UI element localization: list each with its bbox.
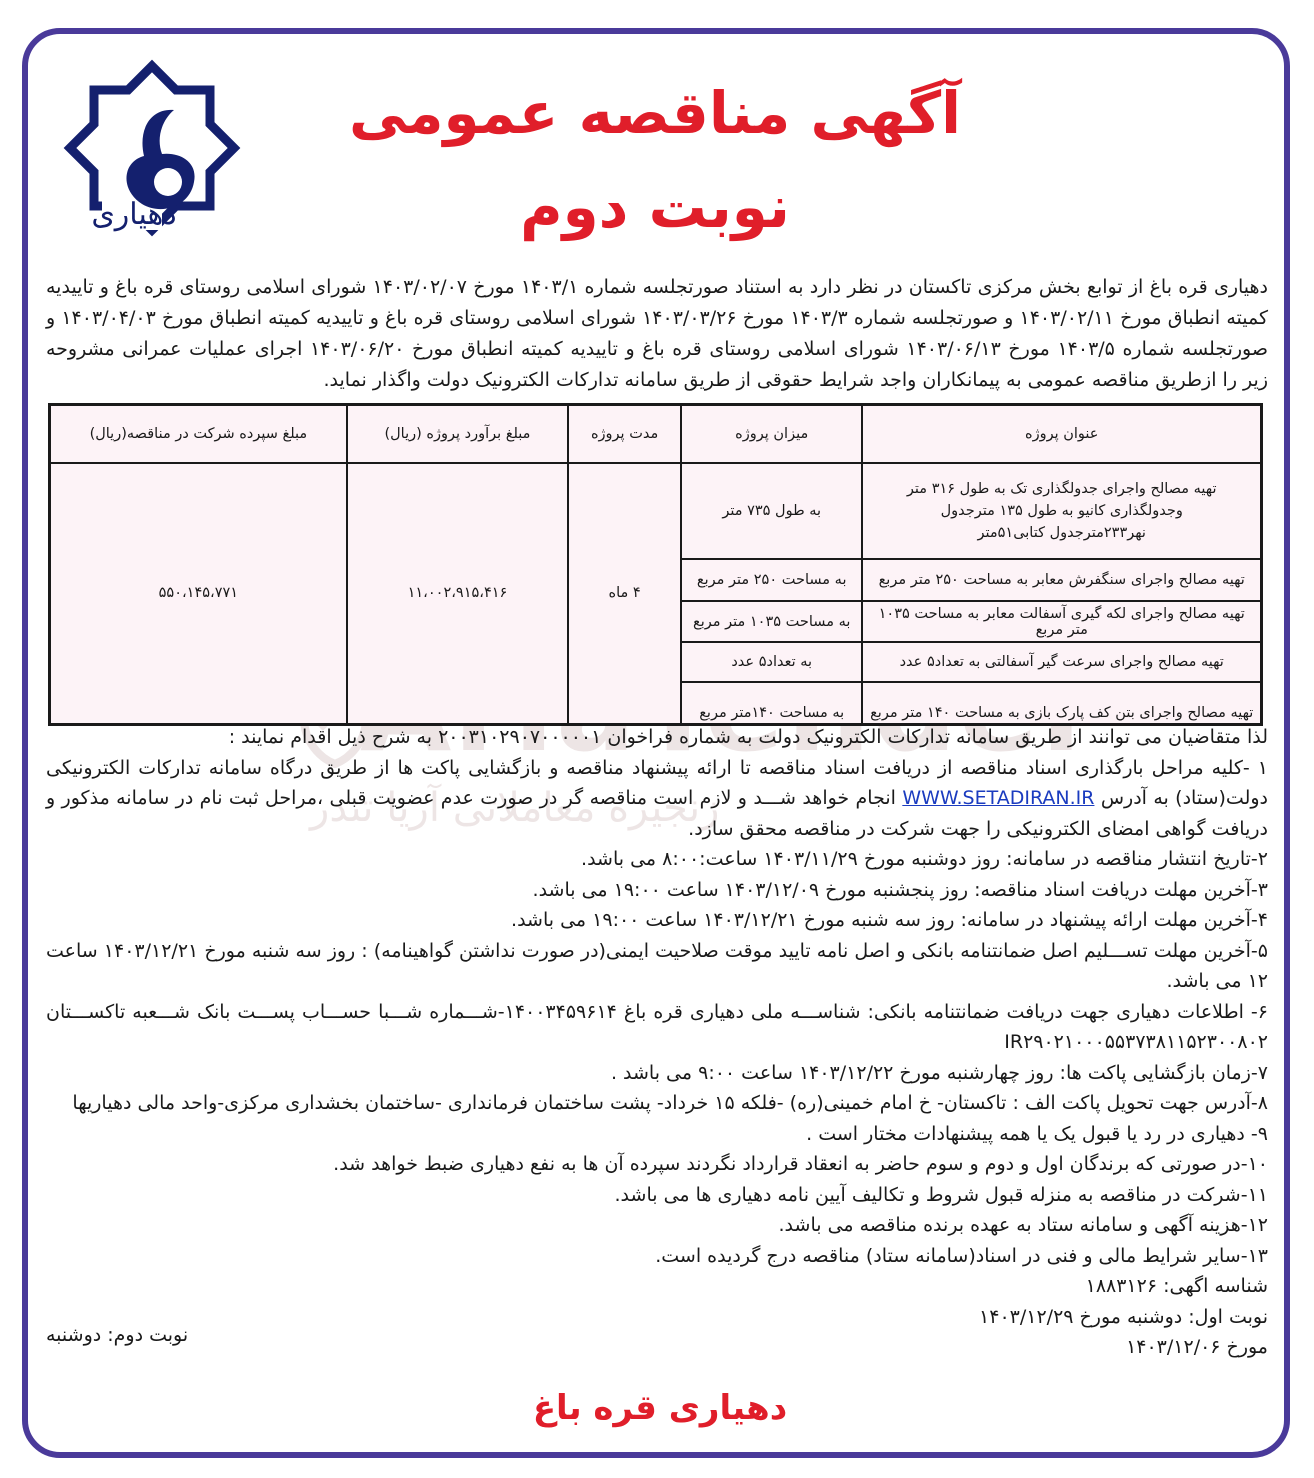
header-project-title: عنوان پروژه — [862, 405, 1261, 464]
cell-title: تهیه مصالح واجرای بتن کف پارک بازی به مس… — [862, 682, 1261, 724]
cell-title: تهیه مصالح واجرای سرعت گیر آسفالتی به تع… — [862, 642, 1261, 682]
dehyari-star-logo-icon: دهیاری — [62, 58, 242, 238]
item-13: ۱۳-سایر شرایط مالی و فنی در اسناد(سامانه… — [46, 1241, 1268, 1272]
conditions-list: لذا متقاضیان می توانند از طریق سامانه تد… — [46, 722, 1268, 1363]
title-line-2: نوبت دوم — [330, 172, 980, 242]
intro-text: دهیاری قره باغ از توابع بخش مرکزی تاکستا… — [46, 272, 1268, 396]
cell-title: تهیه مصالح واجرای لکه گیری آسفالت معابر … — [862, 601, 1261, 642]
item-6: ۶- اطلاعات دهیاری جهت دریافت ضمانتنامه ب… — [46, 997, 1268, 1028]
cell-deposit: ۵۵۰،۱۴۵،۷۷۱ — [50, 463, 347, 724]
second-publication-label: نوبت دوم: دوشنبه — [46, 1324, 188, 1346]
item-11: ۱۱-شرکت در مناقصه به منزله قبول شروط و ت… — [46, 1180, 1268, 1211]
ad-id: شناسه اگهی: ۱۸۸۳۱۲۶ — [46, 1271, 1268, 1302]
cell-amount: به طول ۷۳۵ متر — [681, 463, 862, 559]
title-line-1: آگهی مناقصه عمومی — [330, 78, 980, 148]
item-7: ۷-زمان بازگشایی پاکت ها: روز چهارشنبه مو… — [46, 1058, 1268, 1089]
first-publication: نوبت اول: دوشنبه مورخ ۱۴۰۳/۱۲/۲۹ — [46, 1302, 1268, 1333]
second-publication-date: مورخ ۱۴۰۳/۱۲/۰۶ — [46, 1332, 1268, 1363]
setadiran-link[interactable]: WWW.SETADIRAN.IR — [902, 787, 1094, 809]
item-3: ۳-آخرین مهلت دریافت اسناد مناقصه: روز پن… — [46, 875, 1268, 906]
item-10: ۱۰-در صورتی که برندگان اول و دوم و سوم ح… — [46, 1149, 1268, 1180]
cell-amount: به مساحت ۱۰۳۵ متر مربع — [681, 601, 862, 642]
item-1: ۱ -کلیه مراحل بارگذاری اسناد مناقصه از د… — [46, 753, 1268, 845]
lead-text: لذا متقاضیان می توانند از طریق سامانه تد… — [46, 722, 1268, 753]
item-8: ۸-آدرس جهت تحویل پاکت الف : تاکستان- خ ا… — [46, 1088, 1268, 1119]
item-9: ۹- دهیاری در رد یا قبول یک یا همه پیشنها… — [46, 1119, 1268, 1150]
projects-table: عنوان پروژه میزان پروژه مدت پروژه مبلغ ب… — [48, 403, 1263, 726]
cell-duration: ۴ ماه — [568, 463, 681, 724]
dehyari-logo: دهیاری — [62, 58, 242, 238]
header-project-estimate: مبلغ برآورد پروژه (ریال) — [347, 405, 569, 464]
header-deposit: مبلغ سپرده شرکت در مناقصه(ریال) — [50, 405, 347, 464]
item-5: ۵-آخرین مهلت تســـلیم اصل ضمانتنامه بانک… — [46, 936, 1268, 997]
table-row: تهیه مصالح واجرای جدولگذاری تک به طول ۳۱… — [50, 463, 1262, 559]
table-header-row: عنوان پروژه میزان پروژه مدت پروژه مبلغ ب… — [50, 405, 1262, 464]
item-4: ۴-آخرین مهلت ارائه پیشنهاد در سامانه: رو… — [46, 905, 1268, 936]
cell-amount: به مساحت ۲۵۰ متر مربع — [681, 559, 862, 601]
cell-title: تهیه مصالح واجرای جدولگذاری تک به طول ۳۱… — [862, 463, 1261, 559]
signature: دهیاری قره باغ — [400, 1388, 920, 1428]
cell-amount: به تعداد۵ عدد — [681, 642, 862, 682]
item-12: ۱۲-هزینه آگهی و سامانه ستاد به عهده برند… — [46, 1210, 1268, 1241]
item-2: ۲-تاریخ انتشار مناقصه در سامانه: روز دوش… — [46, 844, 1268, 875]
header-project-amount: میزان پروژه — [681, 405, 862, 464]
intro-paragraph: دهیاری قره باغ از توابع بخش مرکزی تاکستا… — [46, 272, 1268, 396]
cell-title: تهیه مصالح واجرای سنگفرش معابر به مساحت … — [862, 559, 1261, 601]
logo-caption: دهیاری — [91, 197, 176, 232]
cell-amount: به مساحت ۱۴۰متر مربع — [681, 682, 862, 724]
header-project-duration: مدت پروژه — [568, 405, 681, 464]
item-6-iban: IR۲۹۰۲۱۰۰۰۵۵۳۷۳۸۱۱۵۲۳۰۰۸۰۲ — [46, 1027, 1268, 1058]
cell-estimate: ۱۱،۰۰۲،۹۱۵،۴۱۶ — [347, 463, 569, 724]
